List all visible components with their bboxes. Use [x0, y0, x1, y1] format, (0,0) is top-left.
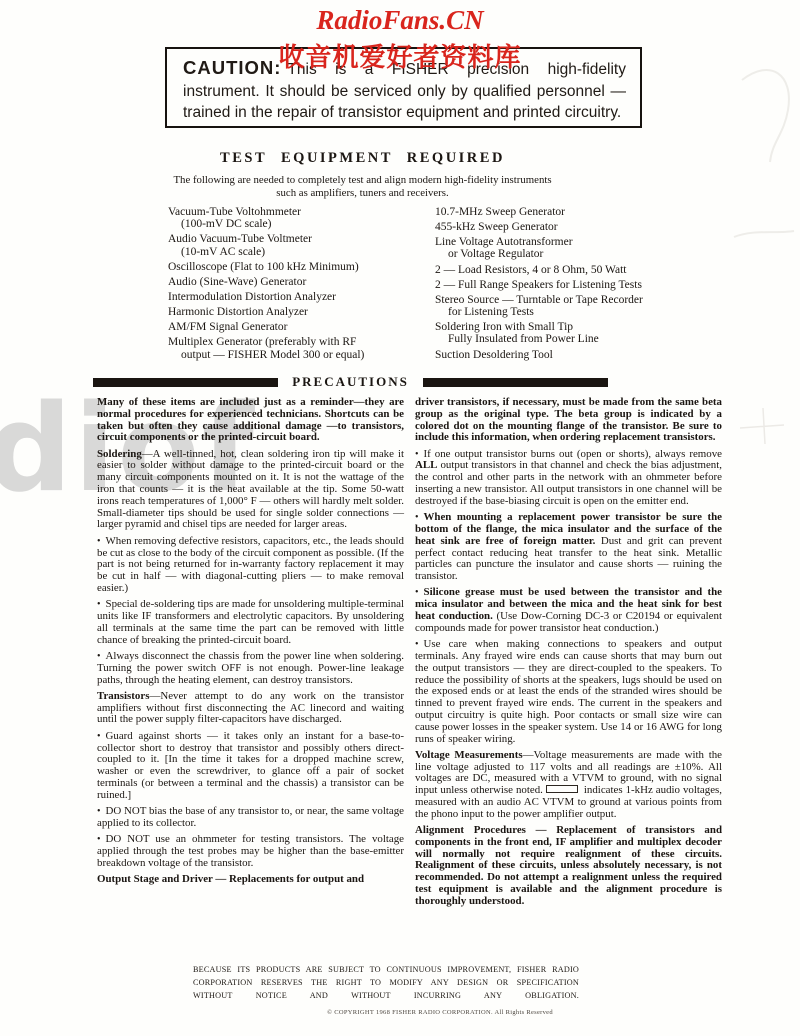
equipment-item-line: or Voltage Regulator — [435, 248, 700, 260]
precaution-bullet-paragraph: • Special de-soldering tips are made for… — [97, 599, 404, 646]
precaution-bullet-paragraph: • Guard against shorts — it takes only a… — [97, 731, 404, 802]
divider-bar-left — [93, 378, 278, 387]
equipment-item-line: Line Voltage Autotransformer — [435, 236, 700, 248]
bullet-icon: • — [415, 449, 424, 460]
precaution-bullet-paragraph: • DO NOT bias the base of any transistor… — [97, 806, 404, 830]
equipment-item-line: output — FISHER Model 300 or equal) — [168, 349, 433, 361]
test-equipment-section: TEST EQUIPMENT REQUIRED The following ar… — [0, 150, 725, 200]
chinese-stamp: 收音机爱好者资料库 — [0, 37, 800, 74]
equipment-item: Multiplex Generator (preferably with RFo… — [168, 336, 433, 361]
equipment-item: Soldering Iron with Small TipFully Insul… — [435, 321, 700, 346]
precaution-paragraph: Output Stage and Driver — Replacements f… — [97, 874, 404, 886]
bullet-icon: • — [415, 587, 424, 598]
test-equipment-title: TEST EQUIPMENT REQUIRED — [0, 150, 725, 167]
precaution-paragraph: Transistors—Never attempt to do any work… — [97, 691, 404, 726]
pencil-marks — [730, 30, 800, 470]
equipment-item-line: AM/FM Signal Generator — [168, 321, 433, 333]
precaution-paragraph: Alignment Procedures — Replacement of tr… — [415, 825, 722, 908]
equipment-item-line: 455-kHz Sweep Generator — [435, 221, 700, 233]
equipment-item-line: Vacuum-Tube Voltohmmeter — [168, 206, 433, 218]
equipment-item-line: 2 — Load Resistors, 4 or 8 Ohm, 50 Watt — [435, 264, 700, 276]
equipment-item-line: Intermodulation Distortion Analyzer — [168, 291, 433, 303]
equipment-item: Intermodulation Distortion Analyzer — [168, 291, 433, 303]
precaution-bullet-paragraph: • Silicone grease must be used between t… — [415, 587, 722, 634]
equipment-column-left: Vacuum-Tube Voltohmmeter(100-mV DC scale… — [168, 206, 433, 364]
precaution-bullet-paragraph: • When removing defective resistors, cap… — [97, 536, 404, 595]
equipment-item: 10.7-MHz Sweep Generator — [435, 206, 700, 218]
equipment-item: Oscilloscope (Flat to 100 kHz Minimum) — [168, 261, 433, 273]
equipment-item-line: Fully Insulated from Power Line — [435, 333, 700, 345]
precautions-body: Many of these items are included just as… — [97, 397, 723, 912]
equipment-item-line: Suction Desoldering Tool — [435, 349, 700, 361]
equipment-list: Vacuum-Tube Voltohmmeter(100-mV DC scale… — [168, 206, 700, 364]
bullet-icon: • — [97, 536, 106, 547]
document-page: radiof RadioFans.CN 收音机爱好者资料库 CAUTION:Th… — [0, 0, 800, 1036]
audio-voltage-box-icon — [546, 785, 578, 793]
bullet-icon: • — [97, 834, 106, 845]
bullet-icon: • — [97, 599, 106, 610]
test-equipment-intro: The following are needed to completely t… — [0, 174, 725, 200]
equipment-item-line: (100-mV DC scale) — [168, 218, 433, 230]
precaution-bullet-paragraph: • If one output transistor burns out (op… — [415, 449, 722, 508]
precautions-divider: PRECAUTIONS — [93, 374, 608, 390]
precaution-paragraph: Voltage Measurements—Voltage measurement… — [415, 750, 722, 821]
equipment-item: Audio Vacuum-Tube Voltmeter(10-mV AC sca… — [168, 233, 433, 258]
equipment-item-line: Audio (Sine-Wave) Generator — [168, 276, 433, 288]
footer-notice: BECAUSE ITS PRODUCTS ARE SUBJECT TO CONT… — [193, 963, 579, 1002]
test-equipment-intro-line1: The following are needed to completely t… — [0, 174, 725, 187]
equipment-item: Harmonic Distortion Analyzer — [168, 306, 433, 318]
equipment-item-line: Oscilloscope (Flat to 100 kHz Minimum) — [168, 261, 433, 273]
equipment-item-line: Stereo Source — Turntable or Tape Record… — [435, 294, 700, 306]
bullet-icon: • — [415, 512, 424, 523]
equipment-item-line: Soldering Iron with Small Tip — [435, 321, 700, 333]
precautions-title: PRECAUTIONS — [278, 374, 423, 390]
precaution-paragraph: driver transistors, if necessary, must b… — [415, 397, 722, 444]
precaution-bullet-paragraph: • DO NOT use an ohmmeter for testing tra… — [97, 834, 404, 869]
equipment-item-line: 10.7-MHz Sweep Generator — [435, 206, 700, 218]
equipment-item-line: Harmonic Distortion Analyzer — [168, 306, 433, 318]
bullet-icon: • — [415, 639, 424, 650]
bullet-icon: • — [97, 806, 106, 817]
precaution-bullet-paragraph: • Always disconnect the chassis from the… — [97, 651, 404, 686]
precaution-bullet-paragraph: • When mounting a replacement power tran… — [415, 512, 722, 583]
bullet-icon: • — [97, 731, 106, 742]
equipment-item: Audio (Sine-Wave) Generator — [168, 276, 433, 288]
bullet-icon: • — [97, 651, 106, 662]
precaution-bullet-paragraph: • Use care when making connections to sp… — [415, 639, 722, 745]
equipment-column-right: 10.7-MHz Sweep Generator455-kHz Sweep Ge… — [435, 206, 700, 364]
equipment-item-line: Audio Vacuum-Tube Voltmeter — [168, 233, 433, 245]
precautions-column-right: driver transistors, if necessary, must b… — [415, 397, 722, 912]
precaution-paragraph: Soldering—A well-tinned, hot, clean sold… — [97, 449, 404, 532]
equipment-item: Line Voltage Autotransformeror Voltage R… — [435, 236, 700, 261]
equipment-item: 2 — Load Resistors, 4 or 8 Ohm, 50 Watt — [435, 264, 700, 276]
precaution-paragraph: Many of these items are included just as… — [97, 397, 404, 444]
equipment-item-line: Multiplex Generator (preferably with RF — [168, 336, 433, 348]
test-equipment-intro-line2: such as amplifiers, tuners and receivers… — [0, 187, 725, 200]
equipment-item: 455-kHz Sweep Generator — [435, 221, 700, 233]
equipment-item-line: (10-mV AC scale) — [168, 246, 433, 258]
copyright-line: © COPYRIGHT 1968 FISHER RADIO CORPORATIO… — [80, 1009, 800, 1016]
equipment-item-line: 2 — Full Range Speakers for Listening Te… — [435, 279, 700, 291]
equipment-item: AM/FM Signal Generator — [168, 321, 433, 333]
equipment-item: Vacuum-Tube Voltohmmeter(100-mV DC scale… — [168, 206, 433, 231]
equipment-item-line: for Listening Tests — [435, 306, 700, 318]
radiofans-stamp: RadioFans.CN — [0, 5, 800, 36]
equipment-item: Suction Desoldering Tool — [435, 349, 700, 361]
precautions-column-left: Many of these items are included just as… — [97, 397, 404, 912]
equipment-item: 2 — Full Range Speakers for Listening Te… — [435, 279, 700, 291]
divider-bar-right — [423, 378, 608, 387]
equipment-item: Stereo Source — Turntable or Tape Record… — [435, 294, 700, 319]
